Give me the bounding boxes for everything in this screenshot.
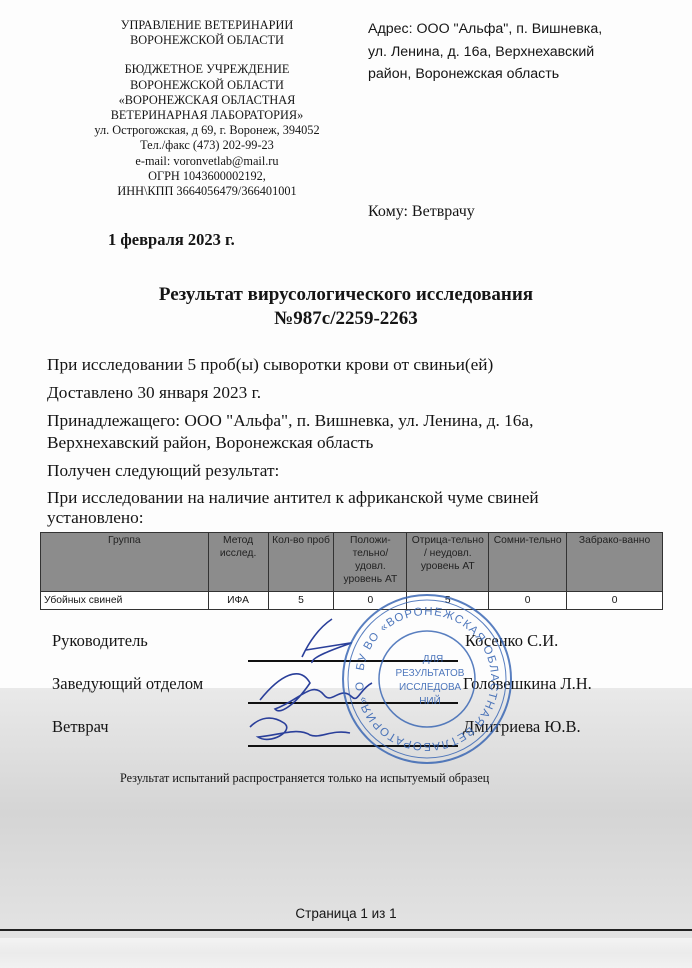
org-inn-kpp: ИНН\КПП 3664056479/366401001 [62, 184, 352, 199]
title-line: Результат вирусологического исследования [0, 283, 692, 307]
org-ogrn: ОГРН 1043600002192, [62, 169, 352, 184]
recipient: Кому: Ветврачу [368, 203, 475, 221]
recipient-address: Адрес: ООО "Альфа", п. Вишневка, ул. Лен… [368, 18, 688, 86]
signature-role-head: Руководитель [52, 631, 148, 651]
org-line: УПРАВЛЕНИЕ ВЕТЕРИНАРИИ [62, 18, 352, 33]
official-stamp: БУ ВО «ВОРОНЕЖСКАЯ ОБЛАСТНАЯ ВЕТЛАБОРАТО… [338, 590, 516, 768]
col-header-method: Метод исслед. [208, 533, 268, 592]
col-header-group: Группа [41, 533, 209, 592]
report-number: №987с/2259-2263 [0, 307, 692, 331]
stamp-inner-line: РЕЗУЛЬТАТОВ [396, 668, 465, 679]
col-header-negative: Отрица-тельно / неудовл. уровень АТ [407, 533, 489, 592]
page-number: Страница 1 из 1 [0, 906, 692, 921]
owner-paragraph: Принадлежащего: ООО "Альфа", п. Вишневка… [47, 410, 533, 454]
stamp-inner-line: ДЛЯ [423, 654, 444, 665]
org-address: ул. Острогожская, д 69, г. Воронеж, 3940… [62, 123, 352, 138]
col-header-doubtful: Сомни-тельно [489, 533, 567, 592]
org-line: ВЕТЕРИНАРНАЯ ЛАБОРАТОРИЯ» [62, 108, 352, 123]
delivery-date: Доставлено 30 января 2023 г. [47, 382, 261, 404]
col-header-sample-count: Кол-во проб [268, 533, 334, 592]
samples-paragraph: При исследовании 5 проб(ы) сыворотки кро… [47, 354, 493, 376]
organization-header: УПРАВЛЕНИЕ ВЕТЕРИНАРИИ ВОРОНЕЖСКОЙ ОБЛАС… [62, 18, 352, 199]
org-email: e-mail: voronvetlab@mail.ru [62, 154, 352, 169]
address-line: ул. Ленина, д. 16а, Верхнехавский [368, 41, 688, 64]
cell-group: Убойных свиней [41, 592, 209, 610]
col-header-positive: Положи-тельно/ удовл. уровень АТ [334, 533, 407, 592]
document-title: Результат вирусологического исследования… [0, 283, 692, 331]
org-phone: Тел./факс (473) 202-99-23 [62, 138, 352, 153]
signature-role-vet: Ветврач [52, 717, 109, 737]
document-date: 1 февраля 2023 г. [108, 230, 235, 250]
org-line: БЮДЖЕТНОЕ УЧРЕЖДЕНИЕ [62, 62, 352, 77]
stamp-inner-line: НИЙ [419, 694, 441, 707]
test-description: При исследовании на наличие антител к аф… [47, 488, 539, 528]
owner-line: Принадлежащего: ООО "Альфа", п. Вишневка… [47, 410, 533, 432]
stamp-inner-line: ИССЛЕДОВА [399, 682, 461, 693]
test-line: При исследовании на наличие антител к аф… [47, 488, 539, 508]
cell-rejected: 0 [567, 592, 663, 610]
signature-role-dept: Заведующий отделом [52, 674, 203, 694]
test-line: установлено: [47, 508, 539, 528]
disclaimer: Результат испытаний распространяется тол… [120, 771, 489, 786]
address-line: район, Воронежская область [368, 63, 688, 86]
owner-line: Верхнехавский район, Воронежская область [47, 432, 533, 454]
org-line: ВОРОНЕЖСКОЙ ОБЛАСТИ [62, 78, 352, 93]
address-line: Адрес: ООО "Альфа", п. Вишневка, [368, 18, 688, 41]
result-intro: Получен следующий результат: [47, 460, 279, 482]
org-line: ВОРОНЕЖСКОЙ ОБЛАСТИ [62, 33, 352, 48]
scan-artifact-band [0, 938, 692, 968]
table-header-row: Группа Метод исслед. Кол-во проб Положи-… [41, 533, 663, 592]
footer-rule [0, 929, 692, 931]
col-header-rejected: Забрако-ванно [567, 533, 663, 592]
org-line: «ВОРОНЕЖСКАЯ ОБЛАСТНАЯ [62, 93, 352, 108]
